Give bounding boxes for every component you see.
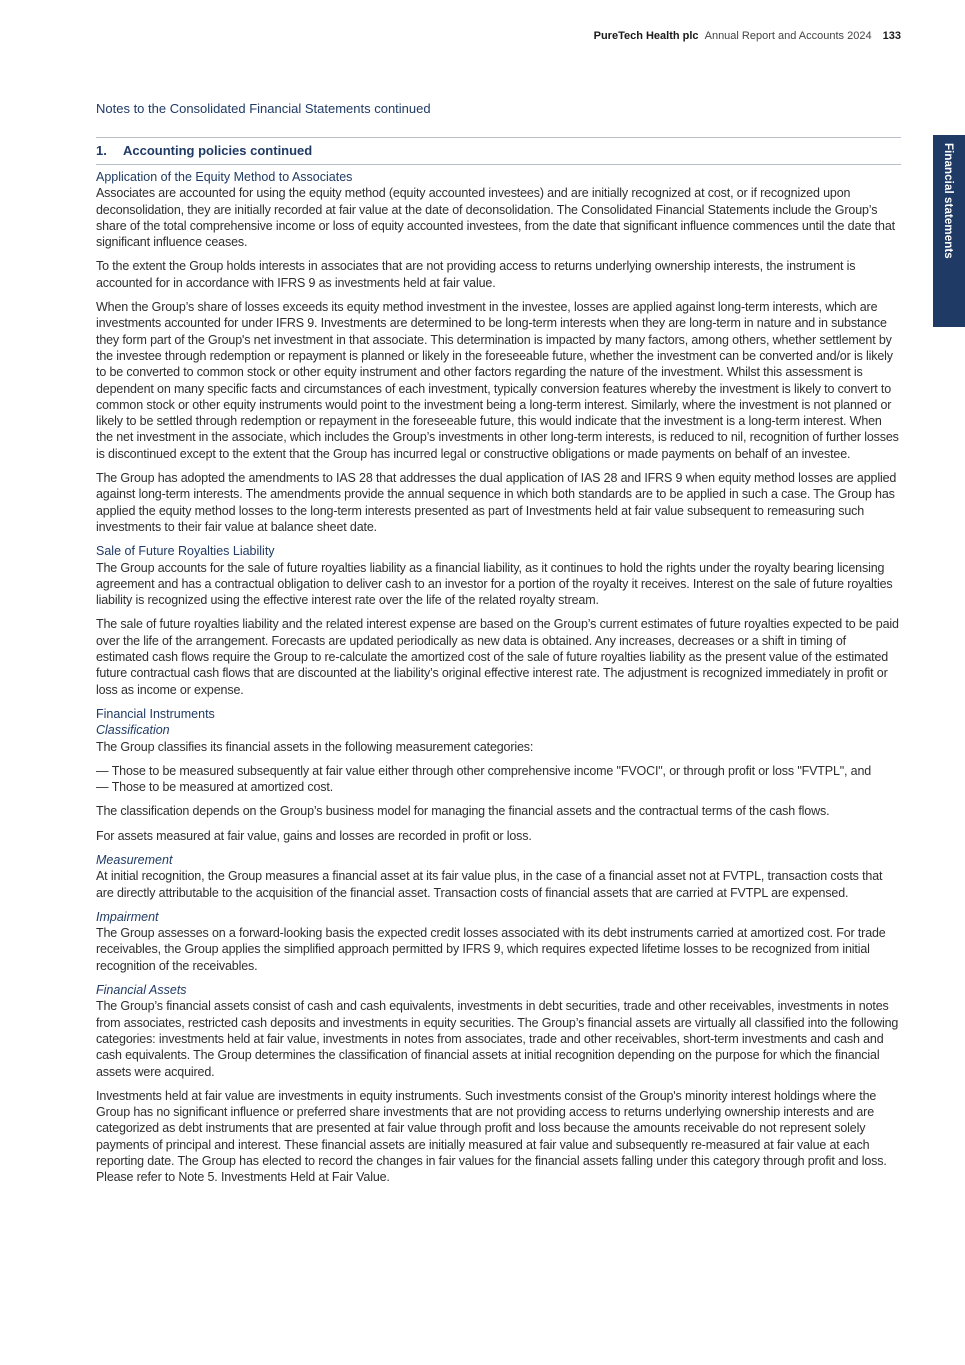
subheading-classification: Classification: [96, 722, 901, 738]
section-heading: 1.Accounting policies continued: [96, 138, 901, 164]
subheading-measurement: Measurement: [96, 852, 901, 868]
paragraph: The Group has adopted the amendments to …: [96, 470, 901, 535]
paragraph: The Group classifies its financial asset…: [96, 739, 901, 755]
paragraph: The sale of future royalties liability a…: [96, 616, 901, 697]
paragraph: At initial recognition, the Group measur…: [96, 868, 901, 901]
paragraph: To the extent the Group holds interests …: [96, 258, 901, 291]
paragraph: The Group accounts for the sale of futur…: [96, 560, 901, 609]
subheading-royalties: Sale of Future Royalties Liability: [96, 543, 901, 559]
paragraph: When the Group’s share of losses exceeds…: [96, 299, 901, 462]
list-item: Those to be measured at amortized cost.: [96, 779, 901, 795]
paragraph: For assets measured at fair value, gains…: [96, 828, 901, 844]
document-title: Annual Report and Accounts 2024: [705, 30, 872, 42]
paragraph: The classification depends on the Group’…: [96, 803, 901, 819]
paragraph: The Group’s financial assets consist of …: [96, 998, 901, 1079]
paragraph: Investments held at fair value are inves…: [96, 1088, 901, 1186]
notes-title: Notes to the Consolidated Financial Stat…: [96, 100, 901, 117]
list-item: Those to be measured subsequently at fai…: [96, 763, 901, 779]
section-number: 1.: [96, 142, 123, 159]
subheading-equity-method: Application of the Equity Method to Asso…: [96, 169, 901, 185]
running-header: PureTech Health plc Annual Report and Ac…: [594, 30, 901, 42]
subheading-impairment: Impairment: [96, 909, 901, 925]
section-side-tab: Financial statements: [933, 135, 965, 327]
side-tab-label: Financial statements: [942, 143, 954, 259]
classification-list: Those to be measured subsequently at fai…: [96, 763, 901, 796]
subheading-financial-instruments: Financial Instruments: [96, 706, 901, 722]
section-title: Accounting policies continued: [123, 143, 312, 158]
divider: [96, 164, 901, 165]
page-content: Notes to the Consolidated Financial Stat…: [96, 100, 901, 1194]
paragraph: The Group assesses on a forward-looking …: [96, 925, 901, 974]
subheading-financial-assets: Financial Assets: [96, 982, 901, 998]
company-name: PureTech Health plc: [594, 30, 699, 42]
page-number: 133: [883, 30, 901, 42]
paragraph: Associates are accounted for using the e…: [96, 185, 901, 250]
